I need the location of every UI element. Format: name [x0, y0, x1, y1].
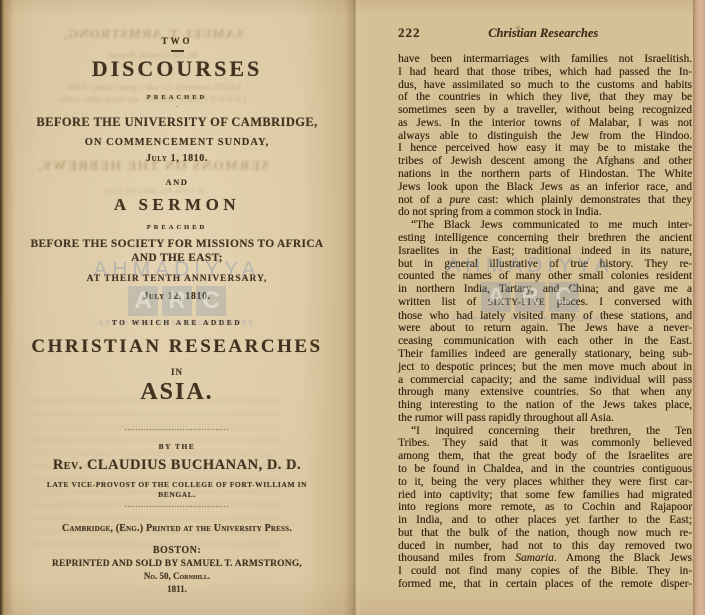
university-line: BEFORE THE UNIVERSITY OF CAMBRIDGE, [24, 115, 330, 130]
smallcaps-text: SIXTY-FIVE [488, 297, 546, 308]
text-line: always able to distinguish the Jew from … [398, 130, 692, 143]
plain-text: thousand miles from [398, 552, 515, 564]
text-line: ject to despotic princes; but the men mo… [398, 361, 692, 374]
text-line: I hence perceived how easy it may be to … [398, 142, 692, 155]
text-line: to be found in Chaldea, and in the count… [398, 463, 692, 476]
text-line: into regions more remote, as to Cochin a… [398, 501, 692, 514]
text-line: tribes of Jewish descent among the Afgha… [398, 155, 692, 168]
plain-text: cast: which plainly demonstrates that th… [470, 194, 692, 206]
author-desc-1: LATE VICE-PROVOST OF THE COLLEGE OF FORT… [24, 480, 330, 489]
plain-text: not of a [398, 194, 450, 206]
sunday-line: ON COMMENCEMENT SUNDAY, [24, 137, 330, 148]
text-line: I could not find many copies of the Bibl… [398, 565, 692, 578]
plain-text: places. I conversed with [545, 296, 692, 308]
text-line: sometimes seen by a traveller, without b… [398, 104, 692, 117]
sermon-title: A SERMON [24, 195, 330, 215]
author-desc-2: BENGAL. [24, 490, 330, 499]
researches-title: CHRISTIAN RESEARCHES [24, 336, 330, 358]
text-line: in India, and to other places yet farthe… [398, 514, 692, 527]
book-scan: SAMUEL T. ARMSTRONG,No. 50, Cornhill, Bo… [0, 0, 705, 615]
text-line: as Jews. In the interior towns of Malaba… [398, 117, 692, 130]
text-line: formed me, that in certain places of the… [398, 578, 692, 591]
text-line: Israelites in the East; traditional inde… [398, 245, 692, 258]
society-line-1: BEFORE THE SOCIETY FOR MISSIONS TO AFRIC… [24, 237, 330, 251]
text-line: of the countries in which they live, tha… [398, 91, 692, 104]
and-label: AND [24, 177, 330, 187]
text-line: I had heard that those tribes, which had… [398, 66, 692, 79]
text-line: esting intelligence concerning their bre… [398, 232, 692, 245]
society-line-2: AND THE EAST; [24, 251, 330, 265]
left-page-title: SAMUEL T. ARMSTRONG,No. 50, Cornhill, Bo… [0, 0, 355, 615]
byline-label: BY THE [24, 442, 330, 451]
text-line: among them, that the great body of the I… [398, 450, 692, 463]
dotted-rule-2: ...................................... [24, 501, 330, 509]
running-title: Christian Researches [421, 26, 693, 41]
dotted-rule-1: ...................................... [24, 424, 330, 432]
anniversary-line: AT THEIR TENTH ANNIVERSARY, [24, 274, 330, 284]
ornament-dot: · [24, 103, 330, 111]
text-line: counted the names of many other small co… [398, 270, 692, 283]
text-line: written list of SIXTY-FIVE places. I con… [398, 296, 692, 310]
in-label: IN [24, 367, 330, 377]
imprint-year: 1811. [24, 584, 330, 594]
text-line: thing interesting to the nation of the J… [398, 399, 692, 412]
text-line: but that the bulk of the nation, though … [398, 527, 692, 540]
text-line: a commercial capacity; and the same indi… [398, 374, 692, 387]
text-line: do not spring from a common stock in Ind… [398, 206, 692, 219]
text-line: ceasing communication with each other in… [398, 335, 692, 348]
text-line: those who had lately visited many of the… [398, 310, 692, 323]
text-line: Their families indeed are generally stat… [398, 348, 692, 361]
date-first-discourses: July 1, 1810. [24, 153, 330, 164]
asia-title: ASIA. [24, 379, 330, 406]
plain-text: . Among the Black Jews [554, 552, 692, 564]
text-line: dus, have assimilated so much to the cus… [398, 79, 692, 92]
text-line: nations in the northern parts of Hindost… [398, 168, 692, 181]
author-name: Rev. CLAUDIUS BUCHANAN, D. D. [24, 457, 330, 474]
text-line: Jews look upon the Black Jews as an infe… [398, 181, 692, 194]
text-line: Tribes. They said that it was commonly b… [398, 437, 692, 450]
page-edge [693, 0, 705, 615]
date-sermon: July 12, 1810. [24, 291, 330, 302]
italic-text: Samaria [515, 552, 554, 564]
text-line: in northern India, Tartary, and China; a… [398, 283, 692, 296]
title-rule [171, 50, 184, 52]
italic-text: pure [450, 194, 470, 206]
imprint-publisher: REPRINTED AND SOLD BY SAMUEL T. ARMSTRON… [24, 559, 330, 569]
text-line: but in general illustrative of true hist… [398, 258, 692, 271]
preached-label-1: PREACHED [24, 94, 330, 101]
added-label: TO WHICH ARE ADDED [24, 318, 330, 327]
text-line: through many extensive countries. So tha… [398, 386, 692, 399]
imprint-cambridge: Cambridge, (Eng.) Printed at the Univers… [24, 523, 330, 534]
imprint-boston: BOSTON: [24, 545, 330, 556]
page-header: 222 Christian Researches [398, 25, 692, 41]
text-line: thousand miles from Samaria. Among the B… [398, 552, 692, 565]
text-line: ried into captivity; that some few famil… [398, 489, 692, 502]
text-line: “The Black Jews communicated to me much … [398, 219, 692, 232]
text-line: to it, being the very places whither the… [398, 476, 692, 489]
text-line: not of a pure cast: which plainly demons… [398, 194, 692, 207]
right-page-222: 222 Christian Researches have been inter… [355, 0, 693, 615]
main-title: DISCOURSES [24, 56, 330, 82]
text-line: were about to return again. The Jews hav… [398, 322, 692, 335]
imprint-address: No. 50, Cornhill. [24, 571, 330, 581]
page-number: 222 [398, 25, 421, 41]
preached-label-2: PREACHED [24, 224, 330, 231]
title-page-text: TWODISCOURSESPREACHED·BEFORE THE UNIVERS… [24, 0, 330, 594]
text-line: the rumor will pass rapidly throughout a… [398, 412, 692, 425]
text-line: duced in number, had not to this day rem… [398, 540, 692, 553]
body-text: have been intermarriages with families n… [398, 53, 692, 591]
text-line: “I inquired concerning their brethren, t… [398, 425, 692, 438]
text-line: have been intermarriages with families n… [398, 53, 692, 66]
plain-text: written list of [398, 296, 488, 308]
kicker-two: TWO [24, 36, 330, 46]
